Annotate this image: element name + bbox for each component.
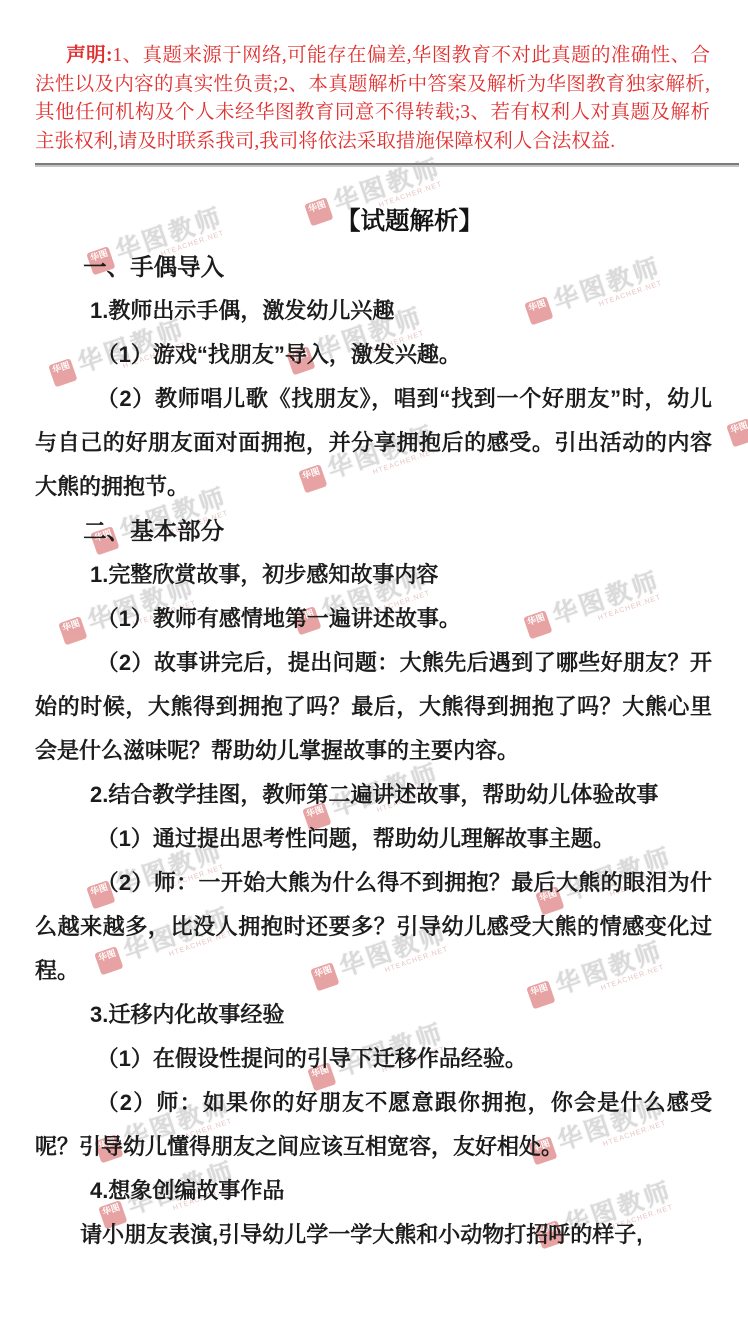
paragraph: （2）故事讲完后，提出问题：大熊先后遇到了哪些好朋友？开始的时候，大熊得到拥抱了…: [35, 641, 712, 773]
content-area: 【试题解析】 一、手偶导入1.教师出示手偶，激发幼儿兴趣（1）游戏“找朋友”导入…: [35, 201, 712, 1257]
content-paragraphs: 一、手偶导入1.教师出示手偶，激发幼儿兴趣（1）游戏“找朋友”导入，激发兴趣。（…: [35, 245, 712, 1257]
paragraph: 二、基本部分: [35, 509, 712, 553]
document-page: 华图华图教师HTEACHER.NET华图华图教师HTEACHER.NET华图华图…: [0, 0, 748, 1335]
disclaimer-text: 声明:1、真题来源于网络,可能存在偏差,华图教育不对此真题的准确性、合法性以及内…: [35, 42, 710, 156]
paragraph: （2）教师唱儿歌《找朋友》，唱到“找到一个好朋友”时，幼儿与自己的好朋友面对面拥…: [35, 377, 712, 509]
paragraph: 3.迁移内化故事经验: [35, 993, 712, 1037]
page-title: 【试题解析】: [71, 201, 748, 243]
document-body: 声明:1、真题来源于网络,可能存在偏差,华图教育不对此真题的准确性、合法性以及内…: [0, 42, 748, 1257]
paragraph: 请小朋友表演,引导幼儿学一学大熊和小动物打招呼的样子,: [35, 1213, 712, 1257]
paragraph: （1）游戏“找朋友”导入，激发兴趣。: [35, 333, 712, 377]
paragraph: （2）师：一开始大熊为什么得不到拥抱？最后大熊的眼泪为什么越来越多，比没人拥抱时…: [35, 861, 712, 993]
paragraph: （1）在假设性提问的引导下迁移作品经验。: [35, 1037, 712, 1081]
header-separator-rule: [35, 163, 739, 165]
paragraph: 2.结合教学挂图，教师第二遍讲述故事，帮助幼儿体验故事: [35, 773, 712, 817]
paragraph: （2）师：如果你的好朋友不愿意跟你拥抱，你会是什么感受呢？引导幼儿懂得朋友之间应…: [35, 1081, 712, 1169]
paragraph: 一、手偶导入: [35, 245, 712, 289]
paragraph: （1）通过提出思考性问题，帮助幼儿理解故事主题。: [35, 817, 712, 861]
disclaimer-label: 声明:: [66, 45, 112, 66]
paragraph: 1.教师出示手偶，激发幼儿兴趣: [35, 289, 712, 333]
paragraph: 1.完整欣赏故事，初步感知故事内容: [35, 553, 712, 597]
disclaimer-content: 1、真题来源于网络,可能存在偏差,华图教育不对此真题的准确性、合法性以及内容的真…: [35, 45, 710, 152]
paragraph: 4.想象创编故事作品: [35, 1169, 712, 1213]
paragraph: （1）教师有感情地第一遍讲述故事。: [35, 597, 712, 641]
